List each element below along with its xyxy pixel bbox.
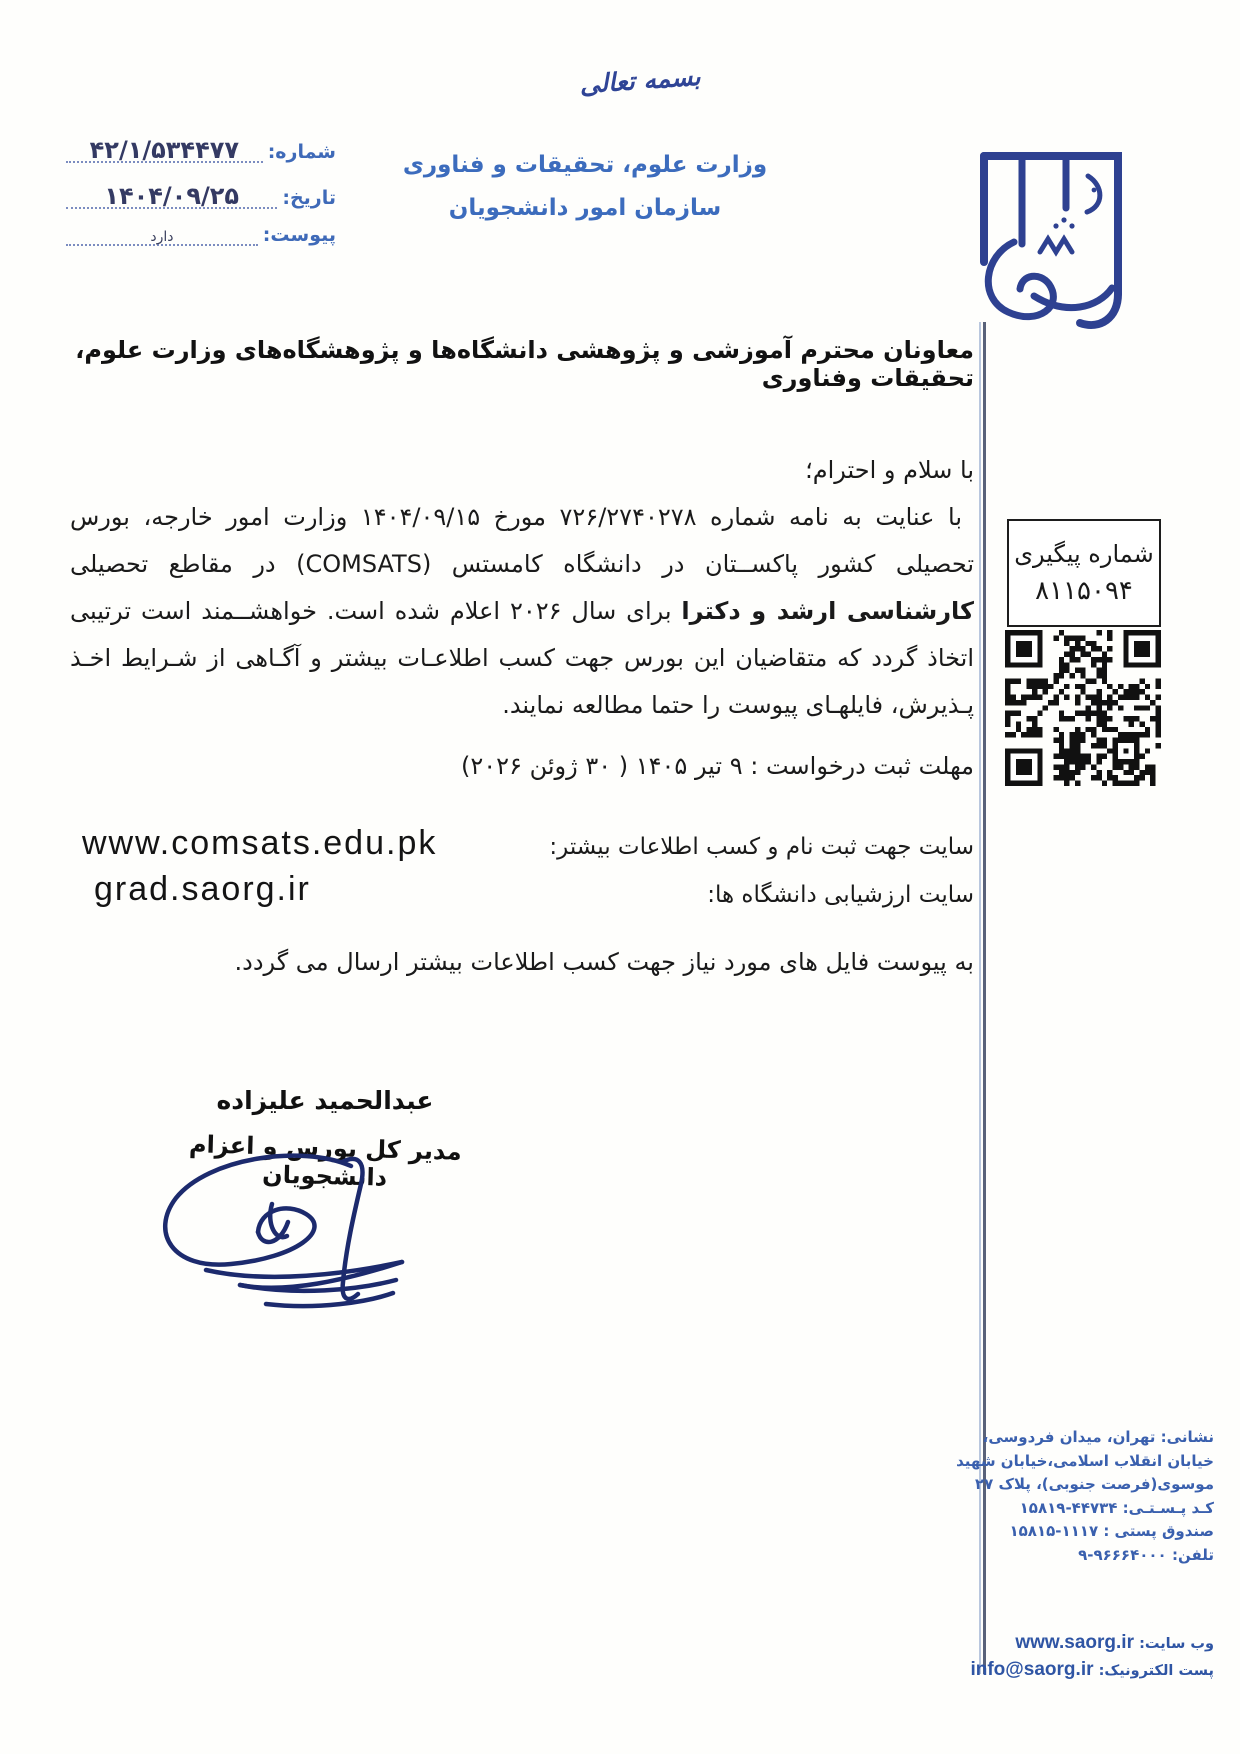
letterhead: وزارت علوم، تحقیقات و فناوری سازمان امور… <box>390 152 780 221</box>
address-line: خیابان انقلاب اسلامی،خیابان شهید <box>984 1450 1214 1474</box>
letter-number-label: شماره: <box>268 141 336 163</box>
address-line: صندوق پستی : ۱۱۱۷-۱۵۸۱۵ <box>984 1520 1214 1544</box>
email-label: پست الکترونیک: <box>1099 1663 1214 1679</box>
paragraph-start: با عنایت به نامه شماره ۷۲۶/۲۷۴۰۲۷۸ مورخ … <box>70 503 974 578</box>
letter-attachment-label: پیوست: <box>263 224 336 246</box>
email-value: info@saorg.ir <box>970 1659 1093 1680</box>
tracking-number: ۸۱۱۵۰۹۴ <box>1035 576 1133 606</box>
letter-date-line: ۱۴۰۴/۰۹/۲۵ <box>66 178 277 209</box>
body-paragraph: با عنایت به نامه شماره ۷۲۶/۲۷۴۰۲۷۸ مورخ … <box>70 494 974 729</box>
letter-number-line: ۴۲/۱/۵۳۴۴۷۷ <box>66 132 263 163</box>
registration-site-label: سایت جهت ثبت نام و کسب اطلاعات بیشتر: <box>474 834 974 860</box>
letter-number-value: ۴۲/۱/۵۳۴۴۷۷ <box>90 136 239 164</box>
letter-date-value: ۱۴۰۴/۰۹/۲۵ <box>104 182 239 210</box>
letter-attachment-line: دارد <box>66 224 258 246</box>
letter-date-row: تاریخ: ۱۴۰۴/۰۹/۲۵ <box>66 178 336 209</box>
tracking-label: شماره پیگیری <box>1014 540 1154 568</box>
signatory-name: عبدالحمید علیزاده <box>160 1086 490 1115</box>
letter-number-row: شماره: ۴۲/۱/۵۳۴۴۷۷ <box>66 132 336 163</box>
footer-address: نشانی: تهران، میدان فردوسی، خیابان انقلا… <box>984 1426 1214 1567</box>
website-url: www.saorg.ir <box>1015 1632 1134 1653</box>
attachment-note: به پیوست فایل های مورد نیاز جهت کسب اطلا… <box>70 948 974 976</box>
footer-contact: وب سایت: www.saorg.ir پست الکترونیک: inf… <box>978 1630 1214 1684</box>
address-line: نشانی: تهران، میدان فردوسی، <box>984 1426 1214 1450</box>
recipient-line: معاونان محترم آموزشی و پژوهشی دانشگاه‌ها… <box>72 336 974 392</box>
letter-meta-block: شماره: ۴۲/۱/۵۳۴۴۷۷ تاریخ: ۱۴۰۴/۰۹/۲۵ پیو… <box>66 132 336 261</box>
address-line: تلفن: ۹۶۶۶۴۰۰۰-۹ <box>984 1544 1214 1568</box>
letter-attachment-row: پیوست: دارد <box>66 224 336 246</box>
evaluation-site-label: سایت ارزشیابی دانشگاه ها: <box>474 882 974 908</box>
evaluation-site-url: grad.saorg.ir <box>94 870 311 909</box>
ministry-name: وزارت علوم، تحقیقات و فناوری <box>390 152 780 178</box>
letter-date-label: تاریخ: <box>282 187 336 209</box>
letter-page: بسمه تعالی شماره: ۴۲/۱/۵۳۴۴۷۷ تاریخ: ۱۴۰… <box>0 0 1240 1754</box>
address-line: موسوی(فرصت جنوبی)، پلاک ۲۷ <box>984 1473 1214 1497</box>
letter-attachment-value: دارد <box>150 229 173 245</box>
website-row: وب سایت: www.saorg.ir <box>978 1630 1214 1657</box>
registration-site-url: www.comsats.edu.pk <box>82 824 437 863</box>
email-row: پست الکترونیک: info@saorg.ir <box>978 1657 1214 1684</box>
bismillah-calligraphy: بسمه تعالی <box>559 60 721 100</box>
paragraph-bold-degrees: کارشناسی ارشد و دکترا <box>681 597 974 625</box>
deadline-line: مهلت ثبت درخواست : ۹ تیر ۱۴۰۵ ( ۳۰ ژوئن … <box>70 752 974 780</box>
organization-name: سازمان امور دانشجویان <box>390 195 780 221</box>
salutation: با سلام و احترام؛ <box>72 456 974 484</box>
saorg-logo-icon <box>970 146 1134 344</box>
tracking-box: شماره پیگیری ۸۱۱۵۰۹۴ <box>1007 519 1161 627</box>
qr-code <box>1005 630 1161 786</box>
signature-scribble <box>146 1152 422 1326</box>
address-line: کـد پـسـتـی: ۴۴۷۳۴-۱۵۸۱۹ <box>984 1497 1214 1521</box>
website-label: وب سایت: <box>1139 1636 1214 1652</box>
